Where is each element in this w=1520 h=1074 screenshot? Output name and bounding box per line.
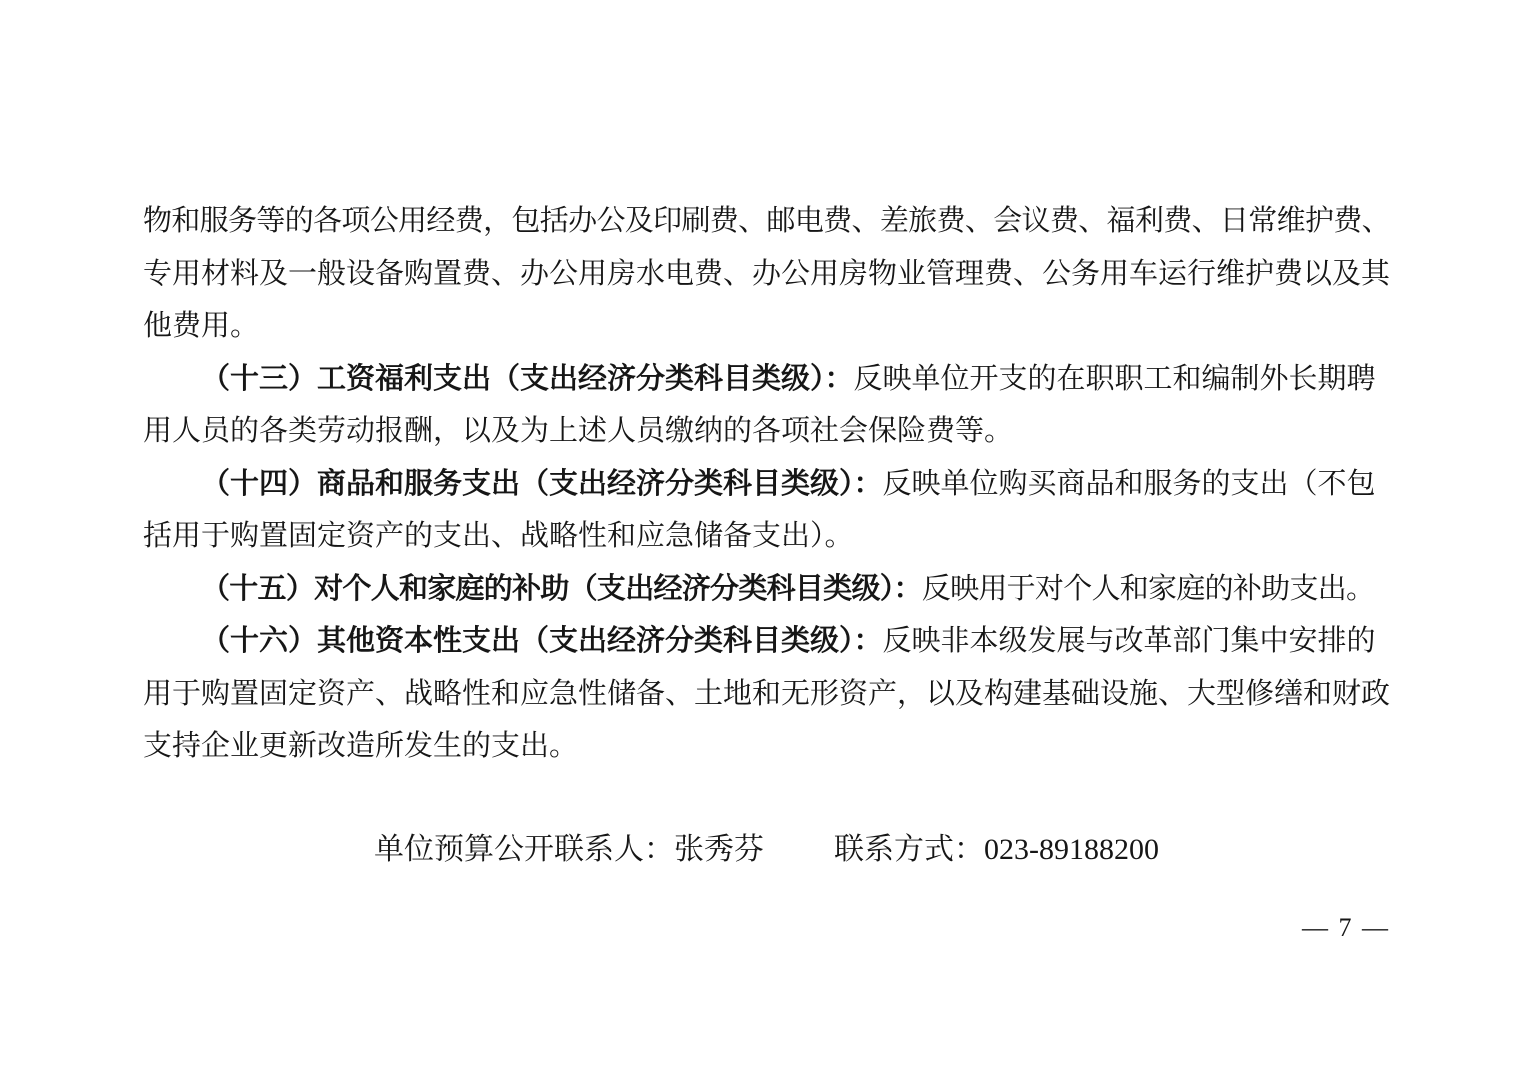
body-line: 用于购置固定资产、战略性和应急性储备、土地和无形资产，以及构建基础设施、大型修缮…: [143, 668, 1390, 721]
body-line: 物和服务等的各项公用经费，包括办公及印刷费、邮电费、差旅费、会议费、福利费、日常…: [143, 195, 1390, 248]
body-line: （十五）对个人和家庭的补助（支出经济分类科目类级）：反映用于对个人和家庭的补助支…: [143, 563, 1390, 616]
body-line: （十三）工资福利支出（支出经济分类科目类级）：反映单位开支的在职职工和编制外长期…: [143, 353, 1390, 406]
body-text: 他费用。: [143, 310, 259, 342]
body-text: 用于购置固定资产、战略性和应急性储备、土地和无形资产，以及构建基础设施、大型修缮…: [143, 678, 1390, 710]
body-text: 物和服务等的各项公用经费，包括办公及印刷费、邮电费、差旅费、会议费、福利费、日常…: [143, 205, 1390, 237]
body-line: 用人员的各类劳动报酬，以及为上述人员缴纳的各项社会保险费等。: [143, 405, 1390, 458]
body-line: 他费用。: [143, 300, 1390, 353]
section-heading-13: （十三）工资福利支出（支出经济分类科目类级）：: [201, 363, 854, 395]
body-line: 括用于购置固定资产的支出、战略性和应急储备支出）。: [143, 510, 1390, 563]
contact-person-label: 单位预算公开联系人：: [374, 833, 674, 866]
contact-person-name: 张秀芬: [674, 833, 764, 866]
body-text: 支持企业更新改造所发生的支出。: [143, 730, 578, 762]
body-text: 反映单位购买商品和服务的支出（不包: [883, 468, 1376, 500]
document-page: { "document": { "lines": [ { "lead": "",…: [0, 0, 1520, 1074]
body-line: 专用材料及一般设备购置费、办公用房水电费、办公用房物业管理费、公务用车运行维护费…: [143, 248, 1390, 301]
contact-phone-number: 023-89188200: [984, 833, 1159, 866]
section-heading-14: （十四）商品和服务支出（支出经济分类科目类级）：: [201, 468, 883, 500]
contact-phone-label: 联系方式：: [834, 833, 984, 866]
contact-line: 单位预算公开联系人：张秀芬联系方式：023-89188200: [143, 824, 1390, 876]
body-text: 反映非本级发展与改革部门集中安排的: [883, 625, 1376, 657]
section-heading-15: （十五）对个人和家庭的补助（支出经济分类科目类级）：: [201, 573, 922, 605]
body-line: 支持企业更新改造所发生的支出。: [143, 720, 1390, 773]
body-line: （十四）商品和服务支出（支出经济分类科目类级）：反映单位购买商品和服务的支出（不…: [143, 458, 1390, 511]
body-text: 反映单位开支的在职职工和编制外长期聘: [854, 363, 1376, 395]
body-text: 专用材料及一般设备购置费、办公用房水电费、办公用房物业管理费、公务用车运行维护费…: [143, 258, 1390, 290]
body-text: 括用于购置固定资产的支出、战略性和应急储备支出）。: [143, 520, 854, 552]
section-heading-16: （十六）其他资本性支出（支出经济分类科目类级）：: [201, 625, 883, 657]
body-line: （十六）其他资本性支出（支出经济分类科目类级）：反映非本级发展与改革部门集中安排…: [143, 615, 1390, 668]
body-text: 用人员的各类劳动报酬，以及为上述人员缴纳的各项社会保险费等。: [143, 415, 1013, 447]
body-text: 反映用于对个人和家庭的补助支出。: [922, 573, 1374, 605]
page-content: 物和服务等的各项公用经费，包括办公及印刷费、邮电费、差旅费、会议费、福利费、日常…: [143, 195, 1390, 954]
page-number: — 7 —: [143, 902, 1390, 954]
